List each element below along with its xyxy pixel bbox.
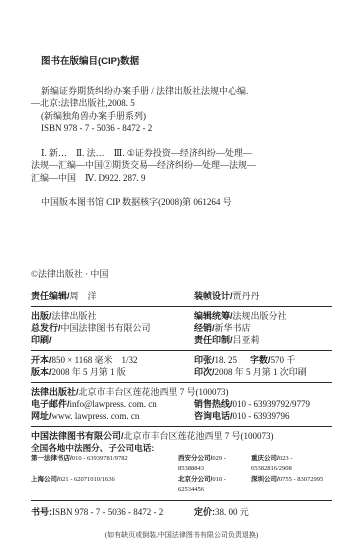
price-value: 38. 00 元 bbox=[215, 507, 249, 517]
branch-shenzhen: 深圳公司/0755 - 83072995 bbox=[251, 475, 332, 496]
print-supervisor-label: 责任印制/ bbox=[194, 335, 233, 345]
edition-label: 版本/ bbox=[31, 367, 52, 377]
press-contact-section: 法律出版社/北京市丰台区莲花池西里 7 号(100073) 电子邮件/info@… bbox=[31, 382, 332, 426]
cip-classification: Ⅰ. 新… Ⅱ. 法… Ⅲ. ①证券投资—经济纠纷—处理— 法规—汇编—中国②期… bbox=[31, 147, 332, 185]
editorial-coordinator: 编辑统筹/法规出版分社 bbox=[194, 310, 332, 322]
book-number-label: 书号: bbox=[31, 507, 52, 517]
cover-designer: 装帧设计/贾丹丹 bbox=[194, 290, 332, 302]
press-address: 法律出版社/北京市丰台区莲花池西里 7 号(100073) bbox=[31, 386, 229, 398]
printing-label: 印次/ bbox=[194, 367, 215, 377]
edition-value: 2008 年 5 月第 1 版 bbox=[52, 367, 126, 377]
responsible-editor-value: 周 洋 bbox=[70, 291, 97, 301]
press-website: 网址/www. lawpress. com. cn bbox=[31, 410, 194, 422]
sales-hotline: 销售热线/010 - 63939792/9779 bbox=[194, 398, 332, 410]
distributor-name-label: 中国法律图书有限公司/ bbox=[31, 431, 124, 441]
branch-phone: 0755 - 83072995 bbox=[279, 476, 323, 483]
editorial-coordinator-value: 法规出版分社 bbox=[233, 311, 287, 321]
general-distributor-row: 总发行/中国法律图书有限公司 经销/新华书店 bbox=[31, 322, 332, 334]
colophon-table: 责任编辑/周 洋 装帧设计/贾丹丹 出版/法律出版社 编辑统筹/法规出版分社 总… bbox=[31, 287, 332, 523]
book-number: 书号:ISBN 978 - 7 - 5036 - 8472 - 2 bbox=[31, 506, 194, 518]
publishing-section: 出版/法律出版社 编辑统筹/法规出版分社 总发行/中国法律图书有限公司 经销/新… bbox=[31, 306, 332, 350]
branch-beijing: 北京分公司/010 - 62534456 bbox=[178, 475, 251, 496]
branch-label: 北京分公司/ bbox=[178, 476, 212, 483]
retail-distributor-value: 新华书店 bbox=[215, 323, 251, 333]
email-label: 电子邮件/ bbox=[31, 399, 70, 409]
edition-row: 版本/2008 年 5 月第 1 版 印次/2008 年 5 月第 1 次印刷 bbox=[31, 366, 332, 378]
cip-title: 图书在版编目(CIP)数据 bbox=[31, 56, 332, 69]
branch-label: 上海公司/ bbox=[31, 476, 59, 483]
retail-distributor: 经销/新华书店 bbox=[194, 322, 332, 334]
branches-heading: 全国各地中法图分、子公司电话: bbox=[31, 442, 332, 454]
general-distributor-label: 总发行/ bbox=[31, 323, 61, 333]
editorial-coordinator-label: 编辑统筹/ bbox=[194, 311, 233, 321]
branch-label: 深圳公司/ bbox=[251, 476, 279, 483]
website-label: 网址/ bbox=[31, 411, 52, 421]
general-distributor-value: 中国法律图书有限公司 bbox=[61, 323, 151, 333]
website-tel-row: 网址/www. lawpress. com. cn 咨询电话/010 - 639… bbox=[31, 410, 332, 422]
cover-designer-label: 装帧设计/ bbox=[194, 291, 233, 301]
responsible-editor: 责任编辑/周 洋 bbox=[31, 290, 194, 302]
branch-phone-row: 上海公司/021 - 62071010/1636 北京分公司/010 - 625… bbox=[31, 475, 332, 496]
printer-row: 印刷/ 责任印制/吕亚莉 bbox=[31, 334, 332, 346]
cip-class-line2: 法规—汇编—中国②期货交易—经济纠纷—处理—法规— bbox=[31, 159, 332, 172]
inquiry-phone: 咨询电话/010 - 63939796 bbox=[194, 410, 332, 422]
retail-distributor-label: 经销/ bbox=[194, 323, 215, 333]
website-value: www. lawpress. com. cn bbox=[52, 411, 140, 421]
trim-size-label: 开本/ bbox=[31, 355, 52, 365]
printed-sheets-value: 18. 25 bbox=[215, 355, 238, 365]
press-name-label: 法律出版社/ bbox=[31, 387, 79, 397]
cip-isbn: ISBN 978 - 7 - 5036 - 8472 - 2 bbox=[31, 122, 332, 135]
pricing-section: 书号:ISBN 978 - 7 - 5036 - 8472 - 2 定价:38.… bbox=[31, 500, 332, 523]
cip-title-statement: 新编证券期货纠纷办案手册 / 法律出版社法规中心编. bbox=[31, 85, 332, 98]
publisher-label: 出版/ bbox=[31, 311, 52, 321]
branch-label: 第一法律书店/ bbox=[31, 455, 72, 462]
branch-chongqing: 重庆公司/023 - 65382816/2908 bbox=[251, 454, 332, 475]
return-note: (如有缺页或倒装,中国法律图书有限公司负责退换) bbox=[31, 530, 332, 540]
distributor-address-row: 中国法律图书有限公司/北京市丰台区莲花池西里 7 号(100073) bbox=[31, 430, 332, 442]
branch-label: 西安分公司/ bbox=[178, 455, 212, 462]
print-supervisor: 责任印制/吕亚莉 bbox=[194, 334, 332, 346]
distributor-section: 中国法律图书有限公司/北京市丰台区莲花池西里 7 号(100073) 全国各地中… bbox=[31, 426, 332, 500]
format-section: 开本/850 × 1168 毫米 1/32 印张/18. 25字数/570 千 … bbox=[31, 350, 332, 382]
publisher: 出版/法律出版社 bbox=[31, 310, 194, 322]
sales-hotline-value: 010 - 63939792/9779 bbox=[233, 399, 311, 409]
edition: 版本/2008 年 5 月第 1 版 bbox=[31, 366, 194, 378]
email-value: info@lawpress. com. cn bbox=[70, 399, 157, 409]
publisher-value: 法律出版社 bbox=[52, 311, 97, 321]
general-distributor: 总发行/中国法律图书有限公司 bbox=[31, 322, 194, 334]
branch-shanghai: 上海公司/021 - 62071010/1636 bbox=[31, 475, 178, 496]
cip-section: 图书在版编目(CIP)数据 新编证券期货纠纷办案手册 / 法律出版社法规中心编.… bbox=[31, 56, 332, 209]
inquiry-phone-value: 010 - 63939796 bbox=[233, 411, 290, 421]
email-hotline-row: 电子邮件/info@lawpress. com. cn 销售热线/010 - 6… bbox=[31, 398, 332, 410]
distributor-address: 中国法律图书有限公司/北京市丰台区莲花池西里 7 号(100073) bbox=[31, 430, 274, 442]
branch-first-bookstore: 第一法律书店/010 - 63939781/9782 bbox=[31, 454, 178, 475]
cip-class-line1: Ⅰ. 新… Ⅱ. 法… Ⅲ. ①证券投资—经济纠纷—处理— bbox=[31, 147, 332, 160]
press-address-value: 北京市丰台区莲花池西里 7 号(100073) bbox=[79, 387, 229, 397]
colophon-page: 图书在版编目(CIP)数据 新编证券期货纠纷办案手册 / 法律出版社法规中心编.… bbox=[0, 0, 360, 540]
printer: 印刷/ bbox=[31, 334, 194, 346]
staff-row: 责任编辑/周 洋 装帧设计/贾丹丹 bbox=[31, 290, 332, 302]
publisher-row: 出版/法律出版社 编辑统筹/法规出版分社 bbox=[31, 310, 332, 322]
cip-imprint: —北京:法律出版社,2008. 5 bbox=[31, 97, 332, 110]
print-supervisor-value: 吕亚莉 bbox=[233, 335, 260, 345]
branch-label: 重庆公司/ bbox=[251, 455, 279, 462]
responsible-editor-label: 责任编辑/ bbox=[31, 291, 70, 301]
cover-designer-value: 贾丹丹 bbox=[233, 291, 260, 301]
branch-phone: 021 - 62071010/1636 bbox=[59, 476, 115, 483]
cip-description: 新编证券期货纠纷办案手册 / 法律出版社法规中心编. —北京:法律出版社,200… bbox=[31, 85, 332, 135]
cip-series: (新编独角兽办案手册系列) bbox=[31, 110, 332, 123]
trim-size-value: 850 × 1168 毫米 1/32 bbox=[52, 355, 138, 365]
staff-section: 责任编辑/周 洋 装帧设计/贾丹丹 bbox=[31, 287, 332, 306]
format-row: 开本/850 × 1168 毫米 1/32 印张/18. 25字数/570 千 bbox=[31, 354, 332, 366]
branch-phone: 010 - 63939781/9782 bbox=[72, 455, 128, 462]
branch-xian: 西安分公司/029 - 85388843 bbox=[178, 454, 251, 475]
book-number-price-row: 书号:ISBN 978 - 7 - 5036 - 8472 - 2 定价:38.… bbox=[31, 506, 332, 518]
word-count-value: 570 千 bbox=[271, 355, 296, 365]
word-count-label: 字数/ bbox=[250, 355, 271, 365]
distributor-address-value: 北京市丰台区莲花池西里 7 号(100073) bbox=[124, 431, 274, 441]
cip-class-line3: 汇编—中国 Ⅳ. D922. 287. 9 bbox=[31, 172, 332, 185]
price: 定价:38. 00 元 bbox=[194, 506, 332, 518]
copyright-notice: ©法律出版社 · 中国 bbox=[31, 268, 332, 280]
inquiry-phone-label: 咨询电话/ bbox=[194, 411, 233, 421]
branch-phone-row: 第一法律书店/010 - 63939781/9782 西安分公司/029 - 8… bbox=[31, 454, 332, 475]
printing: 印次/2008 年 5 月第 1 次印刷 bbox=[194, 366, 332, 378]
price-label: 定价: bbox=[194, 507, 215, 517]
printing-value: 2008 年 5 月第 1 次印刷 bbox=[215, 367, 307, 377]
printer-label: 印刷/ bbox=[31, 335, 52, 345]
cip-record-number: 中国版本图书馆 CIP 数据核字(2008)第 061264 号 bbox=[31, 196, 332, 209]
sheets-wordcount: 印张/18. 25字数/570 千 bbox=[194, 354, 332, 366]
trim-size: 开本/850 × 1168 毫米 1/32 bbox=[31, 354, 194, 366]
book-number-value: ISBN 978 - 7 - 5036 - 8472 - 2 bbox=[52, 507, 163, 517]
printed-sheets-label: 印张/ bbox=[194, 355, 215, 365]
press-email: 电子邮件/info@lawpress. com. cn bbox=[31, 398, 194, 410]
sales-hotline-label: 销售热线/ bbox=[194, 399, 233, 409]
press-address-row: 法律出版社/北京市丰台区莲花池西里 7 号(100073) bbox=[31, 386, 332, 398]
